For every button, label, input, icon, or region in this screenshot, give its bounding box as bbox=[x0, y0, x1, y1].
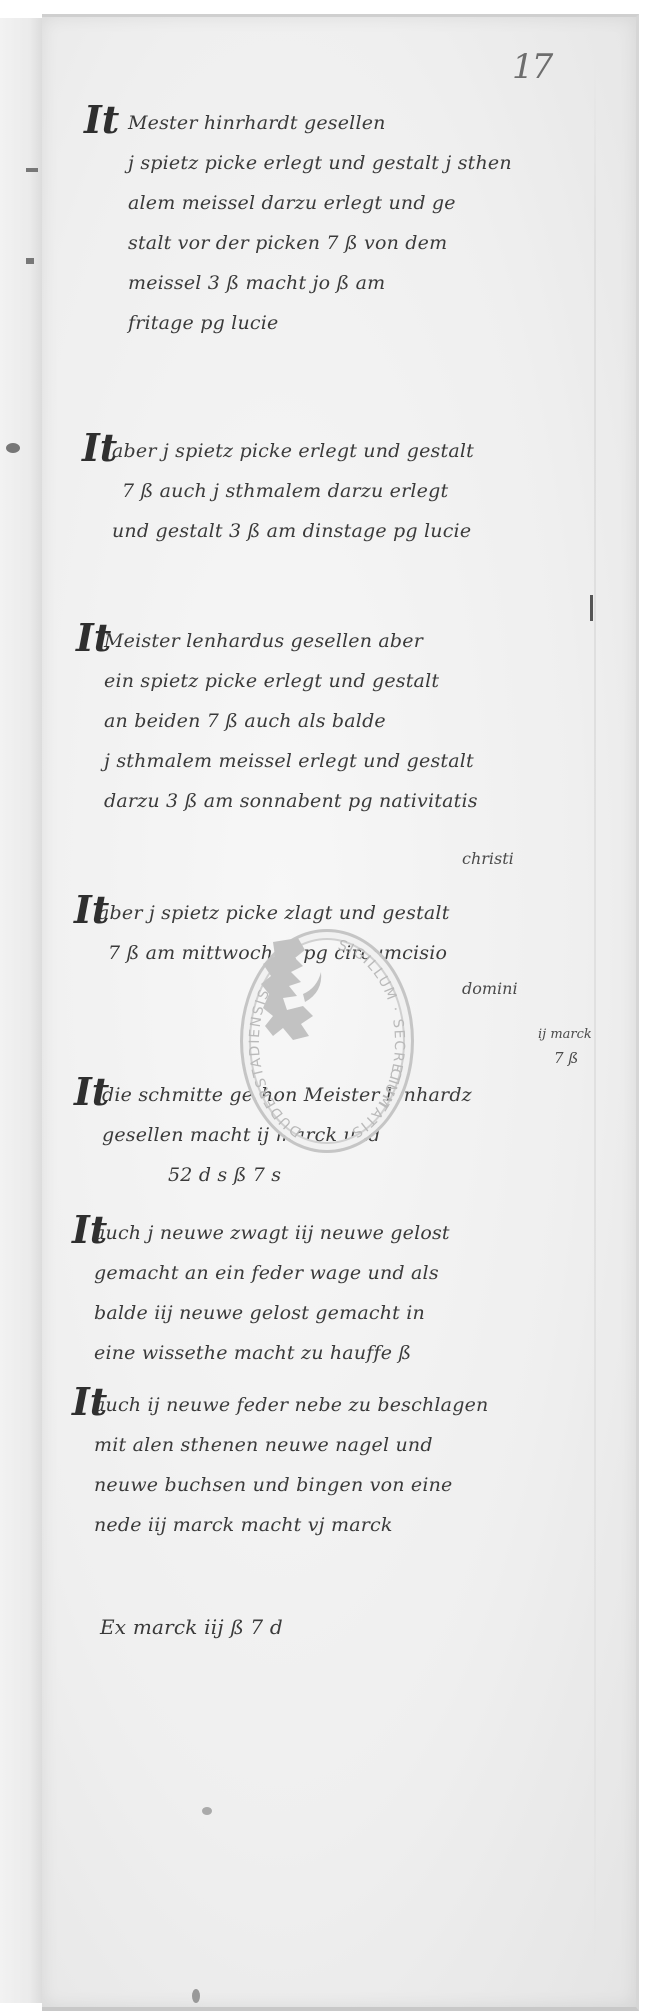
side-total: ij marck bbox=[538, 1027, 592, 1042]
entry-line: Meister lenhardus gesellen aber bbox=[104, 621, 658, 661]
item-mark: It bbox=[76, 615, 111, 660]
paper-speck bbox=[192, 1989, 200, 2003]
entry-line: 52 d s ß 7 s bbox=[102, 1155, 658, 1195]
entry-line: an beiden 7 ß auch als balde bbox=[104, 701, 658, 741]
entry-line: gemacht an ein feder wage und als bbox=[94, 1253, 654, 1293]
ink-blot bbox=[6, 443, 20, 453]
paper-speck bbox=[202, 1807, 212, 1815]
ledger-entry: It auch j neuwe zwagt iij neuwe gelost g… bbox=[94, 1213, 654, 1373]
side-total: 7 ß bbox=[554, 1049, 578, 1067]
entry-line: ein spietz picke erlegt und gestalt bbox=[104, 661, 658, 701]
sum-line: Ex marck iij ß 7 d bbox=[100, 1607, 283, 1647]
ledger-entry: It Meister lenhardus gesellen aber ein s… bbox=[104, 621, 658, 821]
entry-line: fritage pg lucie bbox=[128, 303, 658, 343]
entry-line: neuwe buchsen und bingen von eine bbox=[94, 1465, 654, 1505]
previous-leaf-edge bbox=[0, 18, 44, 2003]
entry-line: j sthmalem meissel erlegt und gestalt bbox=[104, 741, 658, 781]
item-mark: It bbox=[74, 887, 109, 932]
entry-line: 7 ß auch j sthmalem darzu erlegt bbox=[112, 471, 658, 511]
item-mark: It bbox=[72, 1207, 107, 1252]
binding-mark bbox=[26, 258, 34, 264]
margin-note: christi bbox=[462, 849, 514, 868]
entry-line: mit alen sthenen neuwe nagel und bbox=[94, 1425, 654, 1465]
item-mark: It bbox=[84, 97, 119, 142]
item-mark: It bbox=[72, 1379, 107, 1424]
entry-line: aber j spietz picke erlegt und gestalt bbox=[112, 431, 658, 471]
entry-line: j spietz picke erlegt und gestalt j sthe… bbox=[128, 143, 658, 183]
entry-line: alem meissel darzu erlegt und ge bbox=[128, 183, 658, 223]
entry-line: stalt vor der picken 7 ß von dem bbox=[128, 223, 658, 263]
ledger-entry: It auch ij neuwe feder nebe zu beschlage… bbox=[94, 1385, 654, 1545]
binding-mark bbox=[26, 168, 38, 172]
entry-line: aber j spietz picke zlagt und gestalt bbox=[98, 893, 658, 933]
svg-text:CIVITATIS: CIVITATIS bbox=[348, 1067, 404, 1141]
entry-line: balde iij neuwe gelost gemacht in bbox=[94, 1293, 654, 1333]
ledger-entry: It aber j spietz picke erlegt und gestal… bbox=[112, 431, 658, 551]
item-mark: It bbox=[74, 1069, 109, 1114]
item-mark: It bbox=[82, 425, 117, 470]
folio-number: 17 bbox=[512, 47, 551, 87]
entry-line: Mester hinrhardt gesellen bbox=[128, 103, 658, 143]
margin-note: domini bbox=[462, 979, 518, 998]
lion-icon bbox=[243, 932, 333, 1052]
entry-line: nede iij marck macht vj marck bbox=[94, 1505, 654, 1545]
entry-line: und gestalt 3 ß am dinstage pg lucie bbox=[112, 511, 658, 551]
entry-line: meissel 3 ß macht jo ß am bbox=[128, 263, 658, 303]
fold-line bbox=[594, 57, 596, 1987]
entry-line: auch j neuwe zwagt iij neuwe gelost bbox=[94, 1213, 654, 1253]
ledger-entry: It Mester hinrhardt gesellen j spietz pi… bbox=[128, 103, 658, 343]
stamp-text-right: CIVITATIS bbox=[348, 1067, 404, 1141]
manuscript-page: 17 It Mester hinrhardt gesellen j spietz… bbox=[42, 14, 639, 2011]
entry-line: eine wissethe macht zu hauffe ß bbox=[94, 1333, 654, 1373]
entry-line: darzu 3 ß am sonnabent pg nativitatis bbox=[104, 781, 658, 821]
margin-tick bbox=[590, 595, 593, 621]
archive-stamp: SIGILLUM · SECRETUM CIVITATIS DUDERSTADI… bbox=[240, 929, 414, 1153]
entry-line: auch ij neuwe feder nebe zu beschlagen bbox=[94, 1385, 654, 1425]
